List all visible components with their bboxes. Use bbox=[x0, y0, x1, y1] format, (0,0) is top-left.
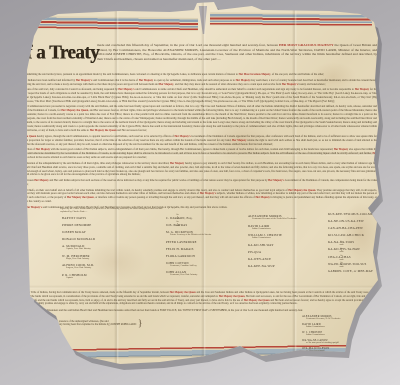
signatory-name: CHA-CA-CHAS bbox=[328, 255, 394, 259]
signature-entry: WILLIAM J. CHRISTIEIndian Commissioner bbox=[248, 233, 332, 239]
signature-entry: M. G. DICKIESONPrivate Secretary of the … bbox=[166, 230, 250, 236]
witness-note-line: Treaty having been first explained to th… bbox=[56, 323, 166, 326]
signatory-title: Private Secretary of the Minister of the… bbox=[166, 234, 250, 236]
signature-entry: DAVID LAIRDIndian Commissioner bbox=[248, 224, 332, 230]
signatory-name: KA-KII-SHI-WAY bbox=[248, 243, 332, 247]
treaty-paragraph: And the undersigned Chiefs, on their own… bbox=[0, 189, 377, 205]
signatory-name: WA-PII-MOOSE-TOO-SUS bbox=[328, 262, 394, 266]
treaty-paragraph: And whereas the said Commissioners have … bbox=[0, 105, 377, 133]
signatory-name: FELIX H. MARAIS bbox=[166, 247, 250, 251]
signature-column-commissioners-chiefs: ALEXANDER MORRISLieutenant-Governor of t… bbox=[248, 214, 332, 271]
signatory-name: CAN-AH-HA-CHA-PEW bbox=[328, 226, 394, 230]
treaty-paragraph: And further, in consideration of the rel… bbox=[0, 162, 377, 178]
signature-entry: JOS. POITRAS bbox=[166, 223, 250, 227]
signature-column-witnesses-left: BAPTIST DAVIShisxmarkPIERRE DENOMMEhisxm… bbox=[62, 216, 168, 282]
treaty-paragraph: Whereas the Indians inhabiting the said … bbox=[0, 73, 377, 77]
signature-entry: PIS-QUAhisxmark bbox=[248, 250, 332, 254]
signature-column-witnesses-right: C. DAVISON, Esq.JOS. POITRASM. G. DICKIE… bbox=[166, 216, 250, 280]
signatory-name: KA-NA-CA-TOOS bbox=[328, 240, 394, 244]
signatory-name: KA-KEE-NA-WUP bbox=[248, 264, 332, 268]
signatory-name: DONALD McDONALD bbox=[62, 237, 168, 241]
signatory-name: KA-KII-WIS-TA-HAW bbox=[328, 247, 394, 251]
signatory-title: Indian Commissioner bbox=[248, 228, 332, 230]
signature-entry: KA-KII-WIS-TA-HAW bbox=[328, 247, 394, 251]
signature-entry: ALFRED CODD, M.D.Surgeon, Prov. Batt. In… bbox=[62, 263, 168, 269]
signatory-title: Lieutenant-Governor of the North-West Te… bbox=[248, 218, 332, 220]
treaty-body-text: Whereas the Indians inhabiting the said … bbox=[0, 73, 377, 211]
treaty-paragraph: It is further agreed between Her Majesty… bbox=[0, 179, 377, 187]
signature-entry: KUS-KEE-TEW-MUS-COO-MUS-QUA bbox=[328, 212, 394, 216]
signatory-name: C. DAVISON, Esq. bbox=[166, 216, 250, 220]
signature-entry: PETER LAVERDURE bbox=[166, 240, 250, 244]
signatory-title: Indian Commissioner bbox=[302, 334, 378, 336]
signature-entry: KA-WEY-ANCEhisxmark bbox=[248, 257, 332, 261]
signatory-name: KUS-KEE-TEW-MUS-COO-MUS-QUA bbox=[328, 212, 394, 216]
signatory-title: Major, Prov. Batt. Infantry bbox=[62, 258, 168, 260]
treaty-paragraph: And whereas the Indians of the said trac… bbox=[0, 88, 377, 104]
treaty-paragraph: And whereas the said Indians have been n… bbox=[0, 79, 377, 87]
signatory-title: Captain bbox=[62, 277, 168, 279]
signature-entry: W. J. CHRISTIEIndian Commissioner bbox=[302, 331, 378, 336]
top-ribbon-rules-right bbox=[210, 12, 372, 26]
signatory-name: GABRIEL COTE, or MEE-MAY bbox=[328, 269, 394, 273]
photograph-of-treaty-document: { "photo": { "background_color": "#aeacb… bbox=[0, 0, 400, 385]
signature-entry: KII-SI-CAW-AH-CHUCK bbox=[328, 233, 394, 237]
signatory-name: PIS-QUA bbox=[248, 250, 332, 254]
signature-entry: P. R. CHISHOLMCaptain bbox=[62, 273, 168, 279]
signatory-title: Lieutenant-Governor, N.-W. Territories bbox=[302, 318, 378, 320]
treaty-opening-paragraph: made and concluded this fifteenth day of… bbox=[97, 43, 377, 61]
his-x-mark: hisxmark bbox=[381, 346, 394, 352]
signature-entry: ALEXANDER MORRISLieutenant-Governor of t… bbox=[248, 214, 332, 220]
signature-entry: KA-KII-SHI-WAYhisxmark bbox=[248, 243, 332, 247]
fort-ellice-witness-line: In witness whereof, Her Majesty's said C… bbox=[0, 309, 376, 312]
signature-entry: KA-NE-ON-US-KA-TEW bbox=[328, 219, 394, 223]
signatory-title: Indian Commissioner bbox=[302, 326, 378, 328]
fort-ellice-witness-note: In presence of the undersigned witnesses… bbox=[56, 320, 166, 327]
signatory-name: JOSEPH McKAY bbox=[62, 230, 168, 234]
signatory-name: FLORA GARRIOCH bbox=[166, 254, 250, 258]
treaty-paragraph: In witness whereof, Her Majesty's said C… bbox=[0, 206, 377, 210]
signature-entry: JOHN COTTONLieutenant, Canadian Artiller… bbox=[166, 261, 250, 267]
adhesion-signature-block: ALEXANDER MORRISLieutenant-Governor, N.-… bbox=[302, 315, 378, 355]
signature-entry: DONALD McDONALD bbox=[62, 237, 168, 241]
signatory-name: BAPTIST DAVIS bbox=[62, 216, 168, 220]
signature-entry: BAPTIST DAVIShisxmark bbox=[62, 216, 168, 220]
signatory-title: Surgeon, Prov. Batt. Infantry bbox=[62, 267, 168, 269]
signature-entry: DAVID LAIRDIndian Commissioner bbox=[302, 323, 378, 328]
signature-entry: FLORA GARRIOCH bbox=[166, 254, 250, 258]
his-x-mark: hisxmark bbox=[381, 338, 394, 344]
signature-entry: JOHN ALLANLieutenant, Prov. Batt. Infant… bbox=[166, 270, 250, 276]
signature-entry: FELIX H. MARAIS bbox=[166, 247, 250, 251]
signatory-name: KA-WEY-ANCE bbox=[248, 257, 332, 261]
signatory-name: PETER LAVERDURE bbox=[166, 240, 250, 244]
witness-note: Signed by the Chiefs within named, in pr… bbox=[60, 208, 170, 214]
fort-ellice-adhesion-paragraph: We, members of the Saulteaux Tribe of In… bbox=[0, 291, 376, 306]
signature-entry: WA-PII-MOOSE-TOO-SUS bbox=[328, 262, 394, 266]
signature-entry: KA-KEE-NA-WUPhisxmark bbox=[248, 264, 332, 268]
signature-entry: W. M. HERCHMERMajor, Prov. Batt. Infantr… bbox=[62, 254, 168, 260]
signatory-title: Lieutenant, Canadian Artillery bbox=[166, 265, 250, 267]
signature-entry: C. DAVISON, Esq. bbox=[166, 216, 250, 220]
signature-entry: CAN-AH-HA-CHA-PEW bbox=[328, 226, 394, 230]
signatory-title: Indian Commissioner bbox=[248, 237, 332, 239]
treaty-title-fragment: f a Treaty bbox=[26, 41, 99, 64]
signature-entry: PIERRE DENOMMEhisxmark bbox=[62, 223, 168, 227]
signatory-title: Captain, Prov. Batt. Infantry bbox=[62, 248, 168, 250]
signature-entry: ALEXANDER MORRISLieutenant-Governor, N.-… bbox=[302, 315, 378, 320]
signature-entry: JOSEPH McKAY bbox=[62, 230, 168, 234]
treaty-parchment: f a Treaty made and concluded this fifte… bbox=[26, 2, 382, 374]
signatory-name: JOS. POITRAS bbox=[166, 223, 250, 227]
treaty-paragraph: And Her Majesty the Queen hereby agrees,… bbox=[0, 135, 377, 147]
signatory-name: KII-SI-CAW-AH-CHUCK bbox=[328, 233, 394, 237]
signatory-name: KA-NE-ON-US-KA-TEW bbox=[328, 219, 394, 223]
treaty-paragraph: In view of the satisfaction of Her Majes… bbox=[0, 148, 377, 160]
signature-entry: CHA-CA-CHAS bbox=[328, 255, 394, 259]
signatory-title: or 'the man proud of standing upright' bbox=[302, 342, 378, 344]
signature-entry: GABRIEL COTE, or MEE-MAY bbox=[328, 269, 394, 273]
signatory-name: PIERRE DENOMME bbox=[62, 223, 168, 227]
signature-column-chiefs: KUS-KEE-TEW-MUS-COO-MUS-QUAKA-NE-ON-US-K… bbox=[328, 212, 394, 276]
archive-stamp: 22419 bbox=[31, 307, 35, 324]
brace-glyph: } bbox=[138, 318, 142, 328]
signature-entry: KA-NA-CA-TOOS bbox=[328, 240, 394, 244]
signature-entry: WA-WA-SE-CAPOWor 'the man proud of stand… bbox=[302, 339, 378, 344]
horizontal-crease bbox=[26, 285, 382, 289]
signatory-title: Lieutenant, Prov. Batt. Infantry bbox=[166, 274, 250, 276]
signature-entry: A. McDONALDCaptain, Prov. Batt. Infantry bbox=[62, 244, 168, 250]
